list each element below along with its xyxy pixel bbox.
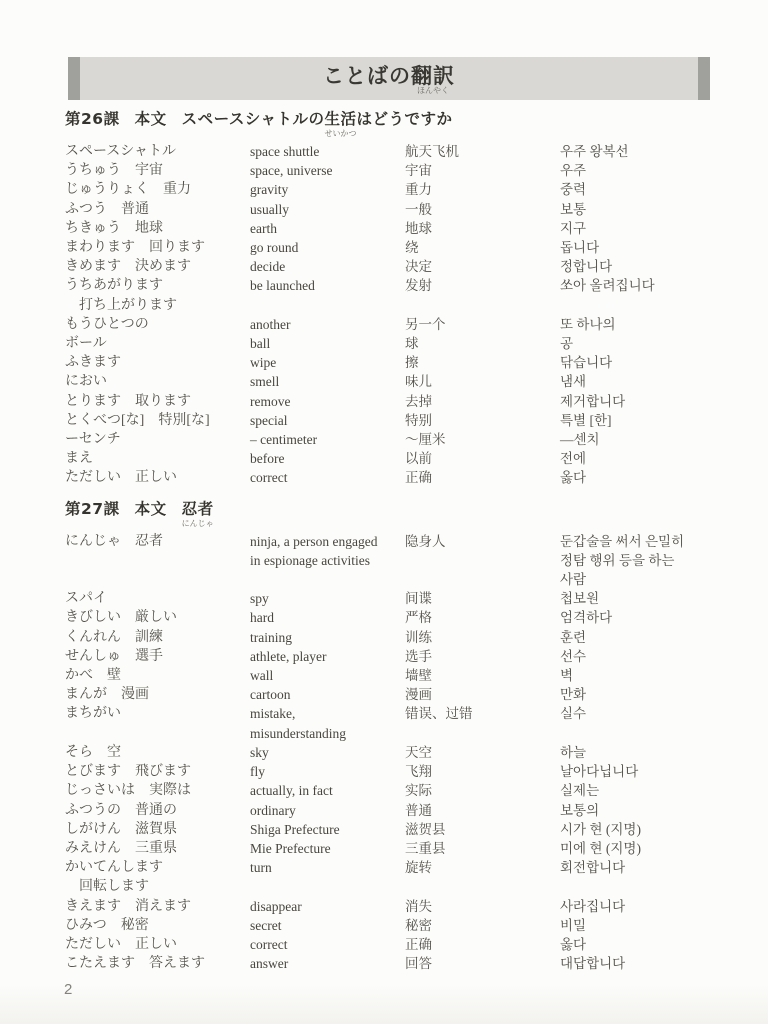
cell-english: hard: [250, 608, 405, 627]
cell-korean: 시가 현 (지명): [560, 820, 720, 839]
vocab-row: くんれん 訓練 training 训练 훈련: [65, 628, 720, 647]
cell-chinese: 回答: [405, 954, 560, 973]
section-title: 忍者にんじゃ: [182, 500, 214, 518]
cell-korean: 미에 현 (지명): [560, 839, 720, 858]
page-title: ことばの翻訳ほんやく: [68, 60, 710, 90]
cell-chinese: 宇宙: [405, 161, 560, 180]
cell-japanese: ひみつ 秘密: [65, 916, 250, 935]
cell-english: ordinary: [250, 801, 405, 820]
cell-chinese: 正确: [405, 468, 560, 487]
section-title-pre: スペースシャトルの: [182, 110, 325, 128]
cell-english: earth: [250, 219, 405, 238]
cell-japanese: うちあがります 打ち上がります: [65, 276, 250, 314]
cell-english: – centimeter: [250, 430, 405, 449]
cell-korean: 훈련: [560, 628, 720, 647]
cell-korean: 지구: [560, 219, 720, 238]
cell-korean: 정합니다: [560, 257, 720, 276]
cell-korean: 전에: [560, 449, 720, 468]
cell-japanese: まえ: [65, 449, 250, 468]
cell-korean: 공: [560, 334, 720, 353]
cell-chinese: 实际: [405, 781, 560, 800]
vocab-row: まえ before 以前 전에: [65, 449, 720, 468]
cell-korean: 중력: [560, 180, 720, 199]
vocab-row: ちきゅう 地球 earth 地球 지구: [65, 219, 720, 238]
section-title-ruby: 生活せいかつ: [325, 109, 357, 129]
section-heading-lesson27: 第27課本文忍者にんじゃ: [65, 499, 720, 519]
cell-japanese: とくべつ[な] 特別[な]: [65, 411, 250, 430]
cell-chinese: ～厘米: [405, 430, 560, 449]
cell-chinese: 另一个: [405, 315, 560, 334]
vocab-row: ただしい 正しい correct 正确 옳다: [65, 468, 720, 487]
vocab-row: みえけん 三重県 Mie Prefecture 三重县 미에 현 (지명): [65, 839, 720, 858]
cell-chinese: 一般: [405, 200, 560, 219]
vocab-row: かべ 壁 wall 墙壁 벽: [65, 666, 720, 685]
cell-chinese: 墙壁: [405, 666, 560, 685]
banner-right-cap: [698, 57, 710, 100]
cell-japanese: ふつう 普通: [65, 200, 250, 219]
lesson-number: 第26課: [65, 110, 120, 128]
vocab-row: ーセンチ – centimeter ～厘米 ―센치: [65, 430, 720, 449]
cell-chinese: 去掉: [405, 392, 560, 411]
cell-chinese: 间谍: [405, 589, 560, 608]
section-title: スペースシャトルの生活せいかつはどうですか: [182, 110, 453, 128]
section-title-post: はどうですか: [357, 110, 453, 128]
cell-korean: 엄격하다: [560, 608, 720, 627]
cell-chinese: 漫画: [405, 685, 560, 704]
lesson-number: 第27課: [65, 500, 120, 518]
cell-english: athlete, player: [250, 647, 405, 666]
content-column: 第26課本文スペースシャトルの生活せいかつはどうですか スペースシャトル spa…: [65, 109, 720, 984]
cell-chinese: 选手: [405, 647, 560, 666]
cell-korean: 쏘아 올려집니다: [560, 276, 720, 295]
cell-japanese: きびしい 厳しい: [65, 608, 250, 627]
furigana-seikatsu: せいかつ: [325, 124, 357, 144]
vocab-row: きめます 決めます decide 决定 정합니다: [65, 257, 720, 276]
cell-korean: 우주 왕복선: [560, 142, 720, 161]
cell-chinese: 正确: [405, 935, 560, 954]
cell-chinese: 三重县: [405, 839, 560, 858]
cell-english: wall: [250, 666, 405, 685]
cell-korean: 실제는: [560, 781, 720, 800]
cell-japanese: まわります 回ります: [65, 238, 250, 257]
cell-english: be launched: [250, 276, 405, 295]
vocab-row: ただしい 正しい correct 正确 옳다: [65, 935, 720, 954]
cell-english: usually: [250, 200, 405, 219]
vocab-row: うちゅう 宇宙 space, universe 宇宙 우주: [65, 161, 720, 180]
vocab-row: とります 取ります remove 去掉 제거합니다: [65, 392, 720, 411]
cell-english: wipe: [250, 353, 405, 372]
cell-english: actually, in fact: [250, 781, 405, 800]
cell-chinese: 飞翔: [405, 762, 560, 781]
cell-japanese: きえます 消えます: [65, 897, 250, 916]
cell-korean: 선수: [560, 647, 720, 666]
cell-japanese: ただしい 正しい: [65, 935, 250, 954]
cell-english: remove: [250, 392, 405, 411]
vocab-row: スペースシャトル space shuttle 航天飞机 우주 왕복선: [65, 142, 720, 161]
cell-english: turn: [250, 858, 405, 877]
vocab-row: まわります 回ります go round 绕 돕니다: [65, 238, 720, 257]
vocab-row: とくべつ[な] 特別[な] special 特别 특별 [한]: [65, 411, 720, 430]
cell-chinese: 训练: [405, 628, 560, 647]
cell-korean: 날아다닙니다: [560, 762, 720, 781]
cell-chinese: 决定: [405, 257, 560, 276]
cell-japanese: ーセンチ: [65, 430, 250, 449]
vocab-row: スパイ spy 间谍 첩보원: [65, 589, 720, 608]
vocab-row: ふきます wipe 擦 닦습니다: [65, 353, 720, 372]
cell-japanese: くんれん 訓練: [65, 628, 250, 647]
cell-japanese: じゅうりょく 重力: [65, 180, 250, 199]
cell-korean: 사라집니다: [560, 897, 720, 916]
vocab-row: ボール ball 球 공: [65, 334, 720, 353]
cell-japanese: ボール: [65, 334, 250, 353]
cell-english: fly: [250, 762, 405, 781]
cell-chinese: 消失: [405, 897, 560, 916]
cell-chinese: 味儿: [405, 372, 560, 391]
cell-english: smell: [250, 372, 405, 391]
cell-japanese: とびます 飛びます: [65, 762, 250, 781]
cell-english: correct: [250, 468, 405, 487]
cell-japanese: ただしい 正しい: [65, 468, 250, 487]
cell-english: mistake, misunderstanding: [250, 704, 405, 742]
cell-chinese: 滋贺县: [405, 820, 560, 839]
furigana-honyaku: ほんやく: [417, 85, 449, 96]
vocab-row: うちあがります 打ち上がります be launched 发射 쏘아 올려집니다: [65, 276, 720, 314]
vocab-row: におい smell 味儿 냄새: [65, 372, 720, 391]
cell-english: Shiga Prefecture: [250, 820, 405, 839]
cell-korean: 첩보원: [560, 589, 720, 608]
cell-korean: 만화: [560, 685, 720, 704]
cell-japanese: せんしゅ 選手: [65, 647, 250, 666]
cell-japanese: かいてんします 回転します: [65, 858, 250, 896]
cell-korean: 옳다: [560, 468, 720, 487]
cell-korean: 비밀: [560, 916, 720, 935]
cell-english: correct: [250, 935, 405, 954]
cell-korean: 회전합니다: [560, 858, 720, 877]
cell-korean: 둔갑술을 써서 은밀히 정탐 행위 등을 하는 사람: [560, 532, 720, 590]
cell-english: disappear: [250, 897, 405, 916]
cell-chinese: 球: [405, 334, 560, 353]
cell-english: space, universe: [250, 161, 405, 180]
section-type-label: 本文: [135, 110, 167, 128]
cell-korean: 특별 [한]: [560, 411, 720, 430]
cell-english: answer: [250, 954, 405, 973]
page-number: 2: [64, 981, 72, 998]
vocab-table-lesson27: にんじゃ 忍者 ninja, a person engaged in espio…: [65, 532, 720, 974]
vocab-row: ふつうの 普通の ordinary 普通 보통의: [65, 801, 720, 820]
cell-english: special: [250, 411, 405, 430]
cell-english: secret: [250, 916, 405, 935]
vocab-row: にんじゃ 忍者 ninja, a person engaged in espio…: [65, 532, 720, 590]
cell-english: space shuttle: [250, 142, 405, 161]
section-type-label: 本文: [135, 500, 167, 518]
cell-korean: 닦습니다: [560, 353, 720, 372]
cell-chinese: 重力: [405, 180, 560, 199]
vocab-row: しがけん 滋賀県 Shiga Prefecture 滋贺县 시가 현 (지명): [65, 820, 720, 839]
cell-english: ball: [250, 334, 405, 353]
cell-chinese: 天空: [405, 743, 560, 762]
page-header-banner: ことばの翻訳ほんやく: [68, 57, 710, 100]
vocab-row: きびしい 厳しい hard 严格 엄격하다: [65, 608, 720, 627]
page-title-text: ことばの: [323, 64, 411, 88]
cell-chinese: 严格: [405, 608, 560, 627]
cell-english: ninja, a person engaged in espionage act…: [250, 532, 405, 570]
cell-english: before: [250, 449, 405, 468]
cell-chinese: 普通: [405, 801, 560, 820]
cell-chinese: 以前: [405, 449, 560, 468]
cell-chinese: 特别: [405, 411, 560, 430]
cell-chinese: 隐身人: [405, 532, 560, 551]
cell-korean: ―센치: [560, 430, 720, 449]
cell-korean: 하늘: [560, 743, 720, 762]
cell-japanese: きめます 決めます: [65, 257, 250, 276]
cell-korean: 또 하나의: [560, 315, 720, 334]
cell-english: decide: [250, 257, 405, 276]
section-heading-lesson26: 第26課本文スペースシャトルの生活せいかつはどうですか: [65, 109, 720, 129]
vocab-row: かいてんします 回転します turn 旋转 회전합니다: [65, 858, 720, 896]
cell-chinese: 发射: [405, 276, 560, 295]
cell-japanese: とります 取ります: [65, 392, 250, 411]
cell-japanese: かべ 壁: [65, 666, 250, 685]
cell-japanese: もうひとつの: [65, 315, 250, 334]
cell-japanese: まちがい: [65, 704, 250, 723]
cell-korean: 벽: [560, 666, 720, 685]
cell-japanese: ふつうの 普通の: [65, 801, 250, 820]
cell-korean: 대답합니다: [560, 954, 720, 973]
furigana-ninja: にんじゃ: [182, 514, 214, 534]
cell-english: another: [250, 315, 405, 334]
cell-english: go round: [250, 238, 405, 257]
cell-english: sky: [250, 743, 405, 762]
cell-japanese: そら 空: [65, 743, 250, 762]
cell-chinese: 航天飞机: [405, 142, 560, 161]
cell-korean: 우주: [560, 161, 720, 180]
vocab-row: もうひとつの another 另一个 또 하나의: [65, 315, 720, 334]
vocab-row: ひみつ 秘密 secret 秘密 비밀: [65, 916, 720, 935]
cell-japanese: しがけん 滋賀県: [65, 820, 250, 839]
section-title-ruby: 忍者にんじゃ: [182, 499, 214, 519]
cell-japanese: ちきゅう 地球: [65, 219, 250, 238]
vocab-row: まちがい mistake, misunderstanding 错误、过错 실수: [65, 704, 720, 742]
page-title-ruby: 翻訳ほんやく: [411, 60, 455, 90]
cell-chinese: 绕: [405, 238, 560, 257]
cell-korean: 실수: [560, 704, 720, 723]
cell-japanese: におい: [65, 372, 250, 391]
cell-korean: 제거합니다: [560, 392, 720, 411]
cell-japanese: ふきます: [65, 353, 250, 372]
cell-japanese: にんじゃ 忍者: [65, 532, 250, 551]
vocab-table-lesson26: スペースシャトル space shuttle 航天飞机 우주 왕복선 うちゅう …: [65, 142, 720, 488]
cell-english: gravity: [250, 180, 405, 199]
cell-english: training: [250, 628, 405, 647]
cell-japanese: みえけん 三重県: [65, 839, 250, 858]
vocab-row: こたえます 答えます answer 回答 대답합니다: [65, 954, 720, 973]
cell-japanese: スパイ: [65, 589, 250, 608]
cell-japanese: こたえます 答えます: [65, 954, 250, 973]
cell-japanese: まんが 漫画: [65, 685, 250, 704]
vocab-row: ふつう 普通 usually 一般 보통: [65, 200, 720, 219]
cell-chinese: 秘密: [405, 916, 560, 935]
vocab-row: じゅうりょく 重力 gravity 重力 중력: [65, 180, 720, 199]
cell-english: cartoon: [250, 685, 405, 704]
vocab-row: とびます 飛びます fly 飞翔 날아다닙니다: [65, 762, 720, 781]
vocab-row: そら 空 sky 天空 하늘: [65, 743, 720, 762]
scanned-textbook-page: ことばの翻訳ほんやく 第26課本文スペースシャトルの生活せいかつはどうですか ス…: [0, 0, 768, 1024]
vocab-row: きえます 消えます disappear 消失 사라집니다: [65, 897, 720, 916]
vocab-row: じっさいは 実際は actually, in fact 实际 실제는: [65, 781, 720, 800]
vocab-row: せんしゅ 選手 athlete, player 选手 선수: [65, 647, 720, 666]
cell-korean: 옳다: [560, 935, 720, 954]
cell-korean: 돕니다: [560, 238, 720, 257]
cell-korean: 냄새: [560, 372, 720, 391]
cell-chinese: 错误、过错: [405, 704, 560, 723]
vocab-row: まんが 漫画 cartoon 漫画 만화: [65, 685, 720, 704]
cell-korean: 보통의: [560, 801, 720, 820]
cell-english: spy: [250, 589, 405, 608]
cell-chinese: 地球: [405, 219, 560, 238]
cell-japanese: じっさいは 実際は: [65, 781, 250, 800]
cell-korean: 보통: [560, 200, 720, 219]
cell-chinese: 旋转: [405, 858, 560, 877]
cell-japanese: うちゅう 宇宙: [65, 161, 250, 180]
cell-japanese: スペースシャトル: [65, 142, 250, 161]
cell-chinese: 擦: [405, 353, 560, 372]
cell-english: Mie Prefecture: [250, 839, 405, 858]
